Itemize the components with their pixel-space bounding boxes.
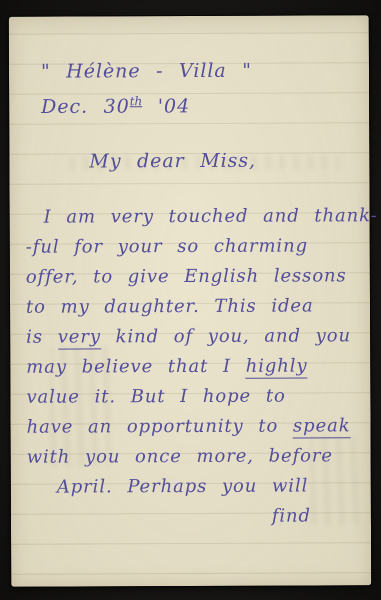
line-text: offer, to give English lessons xyxy=(26,265,347,287)
underlined-word: very xyxy=(58,326,101,349)
letter-line: April. Perhaps you will xyxy=(27,471,363,502)
line-text: with you once more, before xyxy=(27,445,333,467)
line-text: value it. But I hope to xyxy=(26,386,285,408)
underlined-word: speak xyxy=(293,415,351,438)
letter-line: to my daughter. This idea xyxy=(26,291,362,322)
letter-body: I am very touched and thank- -ful for yo… xyxy=(26,201,363,532)
line-text: kind of you, and you xyxy=(101,325,351,347)
letter-salutation: My dear Miss, xyxy=(89,146,256,177)
line-text: may believe that I xyxy=(26,356,246,378)
letter-date: Dec. 30th '04 xyxy=(41,86,252,122)
line-text: find xyxy=(272,505,311,526)
line-text: April. Perhaps you will xyxy=(57,475,309,497)
letter-line: value it. But I hope to xyxy=(26,381,362,412)
letter-line: is very kind of you, and you xyxy=(26,321,362,352)
letter-line: may believe that I highly xyxy=(26,351,362,382)
underlined-word: highly xyxy=(246,355,308,378)
date-ordinal-suffix: th xyxy=(130,94,143,108)
letter-line-closing: find xyxy=(27,501,363,532)
letter-line: with you once more, before xyxy=(27,441,363,472)
date-year: '04 xyxy=(142,95,190,117)
date-day: Dec. 30 xyxy=(41,96,130,118)
letter-heading: " Hélène - Villa " Dec. 30th '04 xyxy=(41,56,252,122)
letter-line: I am very touched and thank- xyxy=(26,201,362,232)
photo-backdrop: " Hélène - Villa " Dec. 30th '04 My dear… xyxy=(0,0,381,600)
line-text: is xyxy=(26,327,58,348)
line-text: -ful for your so charming xyxy=(26,235,308,257)
line-text: I am very touched and thank- xyxy=(44,205,378,227)
line-text: to my daughter. This idea xyxy=(26,295,314,317)
letter-line: have an opportunity to speak xyxy=(26,411,362,442)
line-text: have an opportunity to xyxy=(27,416,294,438)
letter-line: -ful for your so charming xyxy=(26,231,362,262)
letter-line: offer, to give English lessons xyxy=(26,261,362,292)
letter-paper: " Hélène - Villa " Dec. 30th '04 My dear… xyxy=(9,15,371,587)
letterhead-villa-name: " Hélène - Villa " xyxy=(41,56,252,87)
